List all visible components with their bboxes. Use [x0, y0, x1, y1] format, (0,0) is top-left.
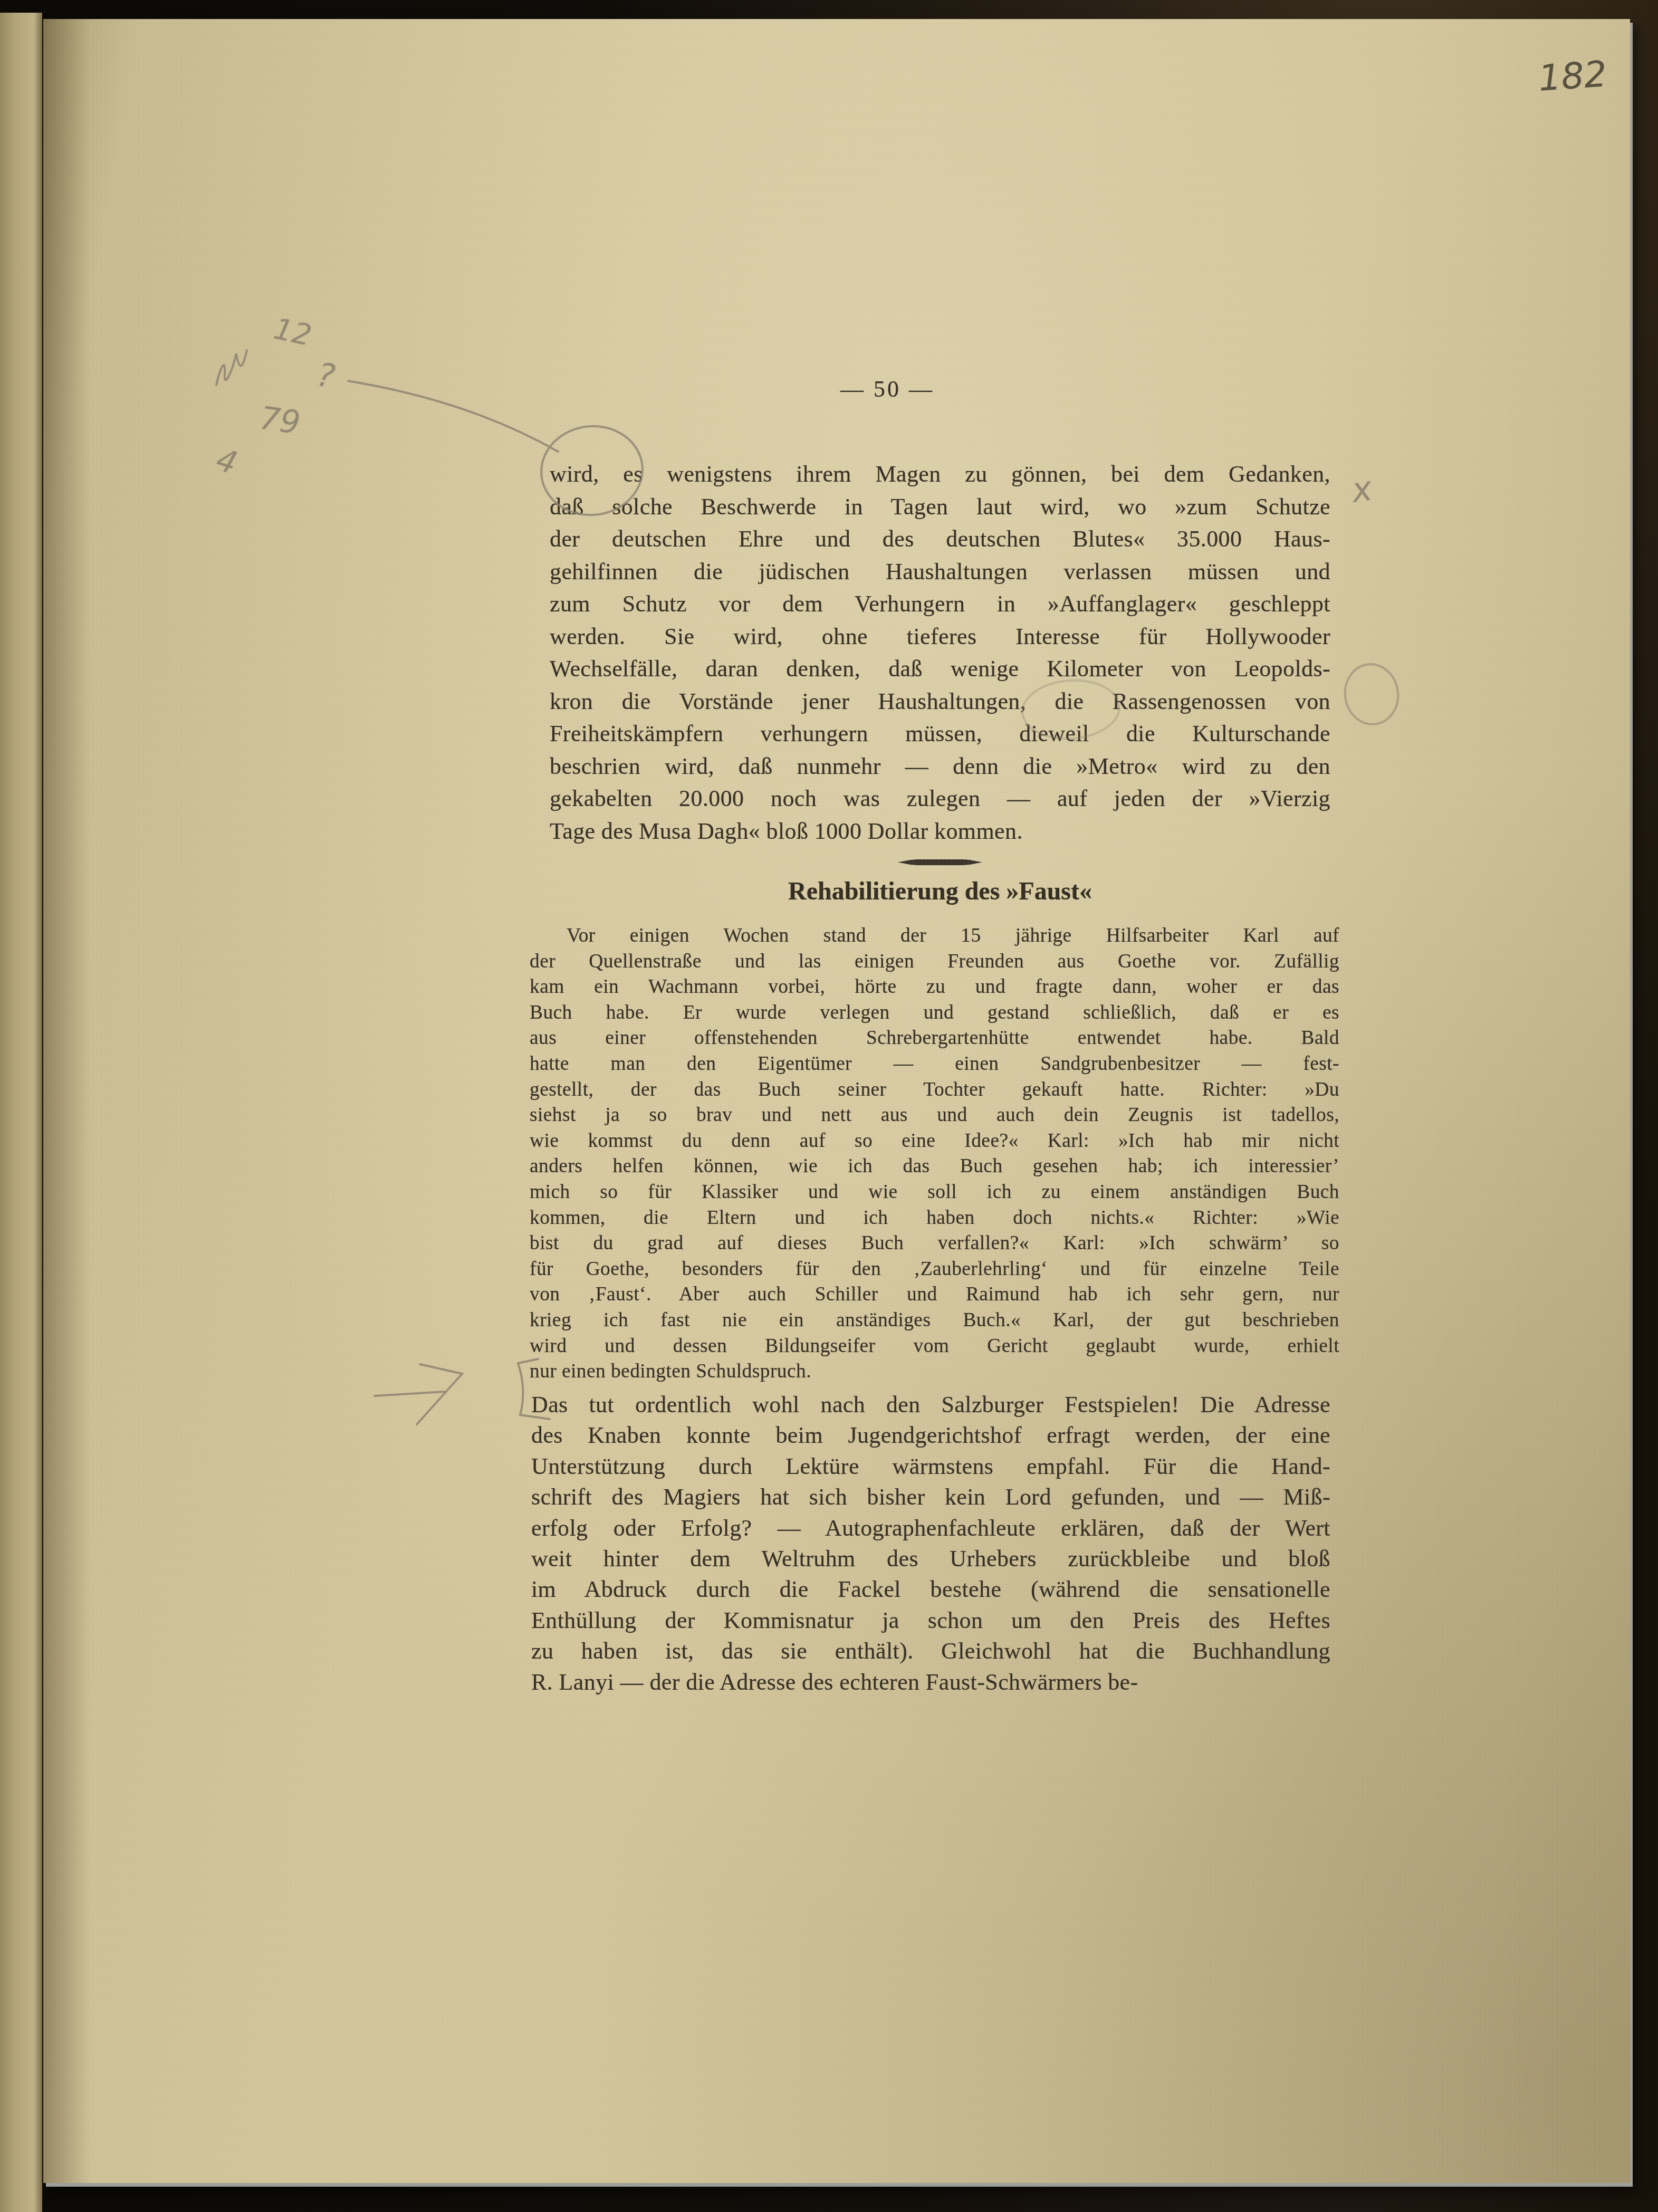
text-line: Unterstützung durch Lektüre wärmstens em… — [531, 1451, 1330, 1482]
text-line: gehilfinnen die jüdischen Haushaltungen … — [550, 556, 1330, 588]
book-page: — 50 — wird, es wenigstens ihrem Magen z… — [43, 19, 1630, 2183]
text-line: gestellt, der das Buch seiner Tochter ge… — [530, 1077, 1339, 1103]
text-line: siehst ja so brav und nett aus und auch … — [530, 1103, 1339, 1128]
text-line: R. Lanyi — der die Adresse des echteren … — [531, 1667, 1330, 1698]
text-line: kam ein Wachmann vorbei, hörte zu und fr… — [530, 974, 1339, 1000]
text-line: Wechselfälle, daran denken, daß wenige K… — [550, 653, 1330, 685]
text-line: erfolg oder Erfolg? — Autographenfachleu… — [531, 1513, 1330, 1544]
text-line: krieg ich fast nie ein anständiges Buch.… — [530, 1308, 1339, 1334]
text-line: von ‚Faust‘. Aber auch Schiller und Raim… — [530, 1282, 1339, 1308]
text-line: der Quellenstraße und las einigen Freund… — [530, 949, 1339, 975]
text-line: anders helfen können, wie ich das Buch g… — [530, 1154, 1339, 1180]
text-line: Tage des Musa Dagh« bloß 1000 Dollar kom… — [550, 815, 1330, 848]
text-line: Freiheitskämpfern verhungern müssen, die… — [550, 717, 1330, 750]
text-line: der deutschen Ehre und des deutschen Blu… — [550, 523, 1330, 556]
text-line: wird und dessen Bildungseifer vom Gerich… — [530, 1334, 1339, 1359]
text-line: nur einen bedingten Schuldspruch. — [530, 1359, 1339, 1385]
text-line: daß solche Beschwerde in Tagen laut wird… — [550, 491, 1330, 523]
text-line: Enthüllung der Kommisnatur ja schon um d… — [531, 1605, 1330, 1636]
paragraph-continuation: wird, es wenigstens ihrem Magen zu gönne… — [550, 458, 1330, 847]
text-line: hatte man den Eigentümer — einen Sandgru… — [530, 1051, 1339, 1077]
text-line: zu haben ist, das sie enthält). Gleichwo… — [531, 1636, 1330, 1667]
text-line: bist du grad auf dieses Buch verfallen?«… — [530, 1231, 1339, 1257]
text-line: wie kommst du denn auf so eine Idee?« Ka… — [530, 1128, 1339, 1154]
scanned-book-page: — 50 — wird, es wenigstens ihrem Magen z… — [0, 0, 1658, 2212]
text-line: zum Schutz vor dem Verhungern in »Auffan… — [550, 588, 1330, 620]
text-line: für Goethe, besonders für den ‚Zauberleh… — [530, 1257, 1339, 1282]
paragraph-report: Vor einigen Wochen stand der 15 jährige … — [530, 923, 1339, 1385]
page-number: — 50 — — [497, 376, 1278, 403]
text-line: weit hinter dem Weltruhm des Urhebers zu… — [531, 1544, 1330, 1574]
text-line: kommen, die Eltern und ich haben doch ni… — [530, 1205, 1339, 1231]
text-line: aus einer offenstehenden Schrebergartenh… — [530, 1026, 1339, 1051]
text-line: werden. Sie wird, ohne tieferes Interess… — [550, 620, 1330, 653]
article-heading: Rehabilitierung des »Faust« — [550, 877, 1330, 906]
text-line: beschrien wird, daß nunmehr — denn die »… — [550, 750, 1330, 783]
text-line: wird, es wenigstens ihrem Magen zu gönne… — [550, 458, 1330, 491]
paragraph-comment: Das tut ordentlich wohl nach den Salzbur… — [531, 1390, 1330, 1698]
text-line: Buch habe. Er wurde verlegen und gestand… — [530, 1000, 1339, 1026]
text-line: kron die Vorstände jener Haushaltungen, … — [550, 685, 1330, 718]
text-line: mich so für Klassiker und wie soll ich z… — [530, 1180, 1339, 1205]
previous-page-edge — [0, 13, 42, 2212]
text-line: gekabelten 20.000 noch was zulegen — auf… — [550, 782, 1330, 815]
text-line: schrift des Magiers hat sich bisher kein… — [531, 1482, 1330, 1512]
section-divider-rule — [898, 859, 982, 866]
text-line: im Abdruck durch die Fackel bestehe (wäh… — [531, 1574, 1330, 1605]
text-line: des Knaben konnte beim Jugendgerichtshof… — [531, 1420, 1330, 1451]
text-line: Vor einigen Wochen stand der 15 jährige … — [530, 923, 1339, 949]
text-line: Das tut ordentlich wohl nach den Salzbur… — [531, 1390, 1330, 1420]
